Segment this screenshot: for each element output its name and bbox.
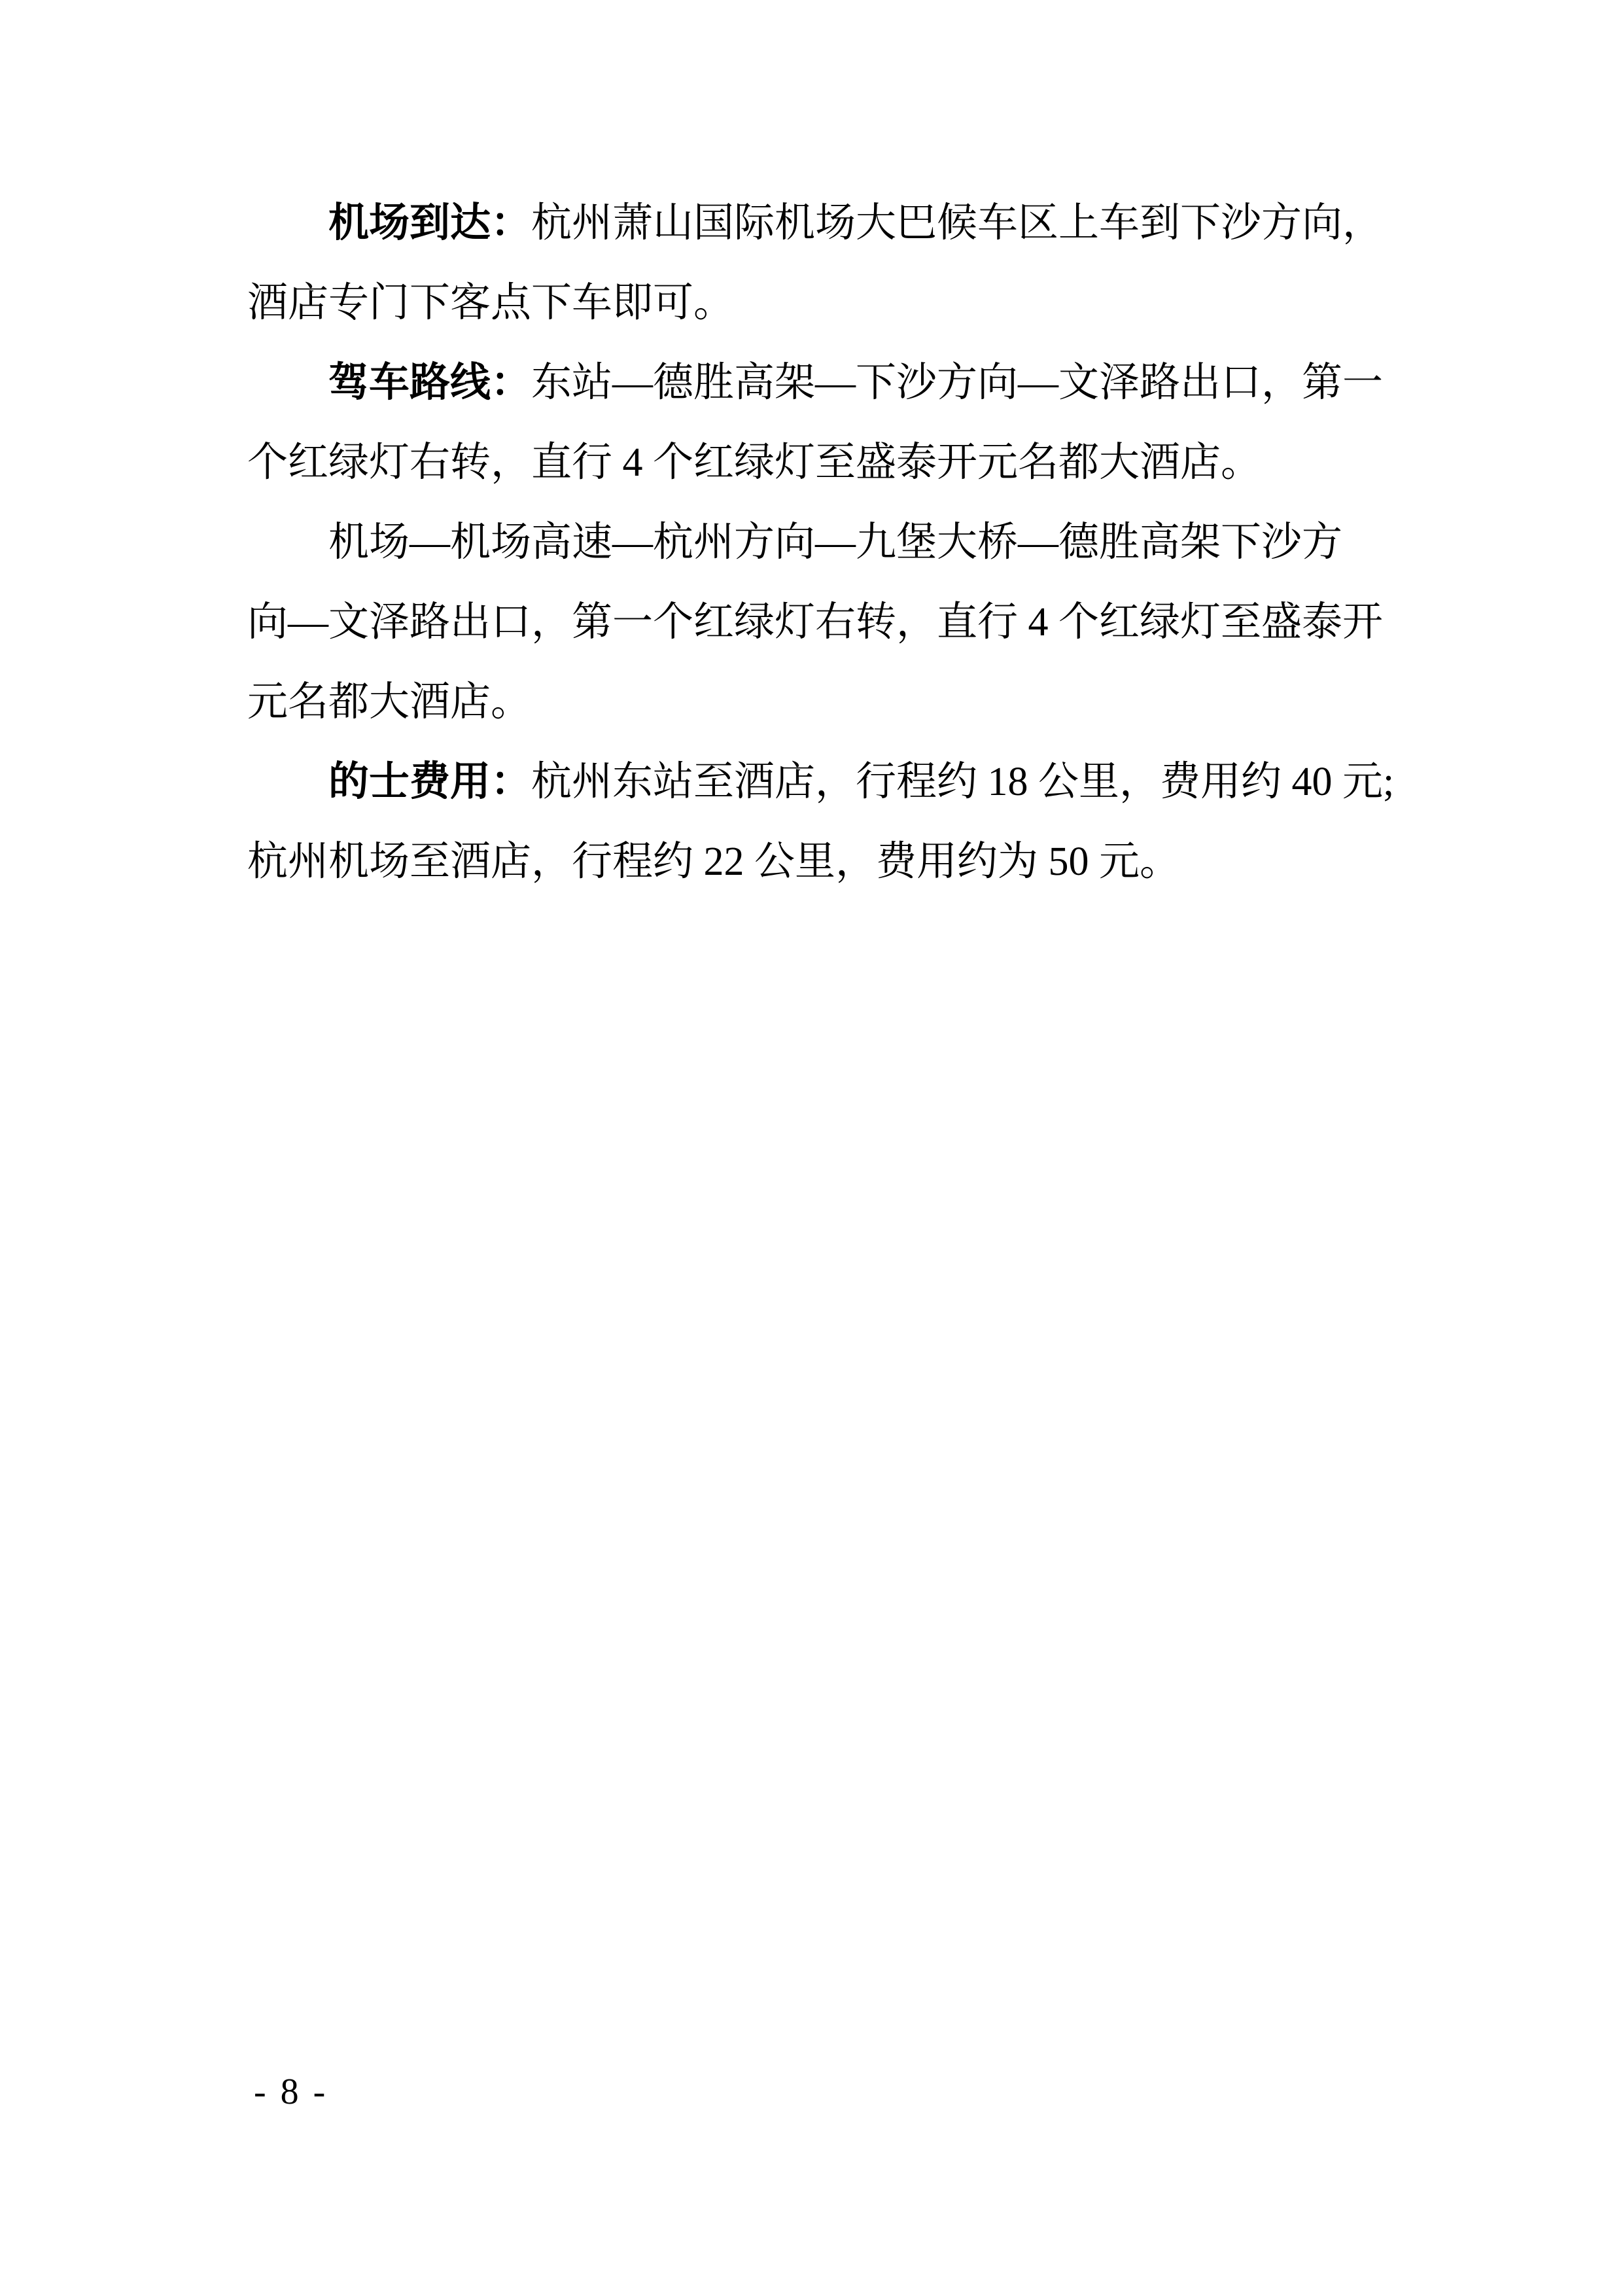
text-line: 的士费用：杭州东站至酒店，行程约 18 公里，费用约 40 元; [247, 742, 1386, 822]
text-line: 驾车路线：东站—德胜高架—下沙方向—文泽路出口，第一 [247, 343, 1386, 423]
paragraph-label: 机场到达： [328, 201, 531, 245]
text-line: 元名都大酒店。 [247, 662, 1386, 742]
body-text-block: 机场到达：杭州萧山国际机场大巴候车区上车到下沙方向， 酒店专门下客点下车即可。 … [247, 183, 1386, 902]
text-line: 酒店专门下客点下车即可。 [247, 263, 1386, 343]
line-text: 酒店专门下客点下车即可。 [247, 281, 734, 325]
line-text: 东站—德胜高架—下沙方向—文泽路出口，第一 [531, 361, 1383, 405]
text-line: 机场—机场高速—杭州方向—九堡大桥—德胜高架下沙方 [247, 503, 1386, 582]
line-text: 杭州东站至酒店，行程约 18 公里，费用约 40 元; [531, 760, 1394, 804]
paragraph-label: 驾车路线： [328, 361, 531, 405]
paragraph-label: 的士费用： [328, 760, 531, 804]
line-text: 个红绿灯右转，直行 4 个红绿灯至盛泰开元名都大酒店。 [247, 440, 1261, 485]
line-text: 元名都大酒店。 [247, 680, 531, 724]
line-text: 机场—机场高速—杭州方向—九堡大桥—德胜高架下沙方 [328, 520, 1342, 565]
text-line: 个红绿灯右转，直行 4 个红绿灯至盛泰开元名都大酒店。 [247, 423, 1386, 503]
text-line: 杭州机场至酒店，行程约 22 公里，费用约为 50 元。 [247, 822, 1386, 902]
line-text: 杭州机场至酒店，行程约 22 公里，费用约为 50 元。 [247, 839, 1180, 884]
line-text: 杭州萧山国际机场大巴候车区上车到下沙方向， [531, 201, 1383, 245]
line-text: 向—文泽路出口，第一个红绿灯右转，直行 4 个红绿灯至盛泰开 [247, 600, 1383, 645]
text-line: 机场到达：杭州萧山国际机场大巴候车区上车到下沙方向， [247, 183, 1386, 263]
page-number: - 8 - [254, 2069, 328, 2115]
text-line: 向—文泽路出口，第一个红绿灯右转，直行 4 个红绿灯至盛泰开 [247, 582, 1386, 662]
document-page: 机场到达：杭州萧山国际机场大巴候车区上车到下沙方向， 酒店专门下客点下车即可。 … [0, 0, 1623, 2296]
